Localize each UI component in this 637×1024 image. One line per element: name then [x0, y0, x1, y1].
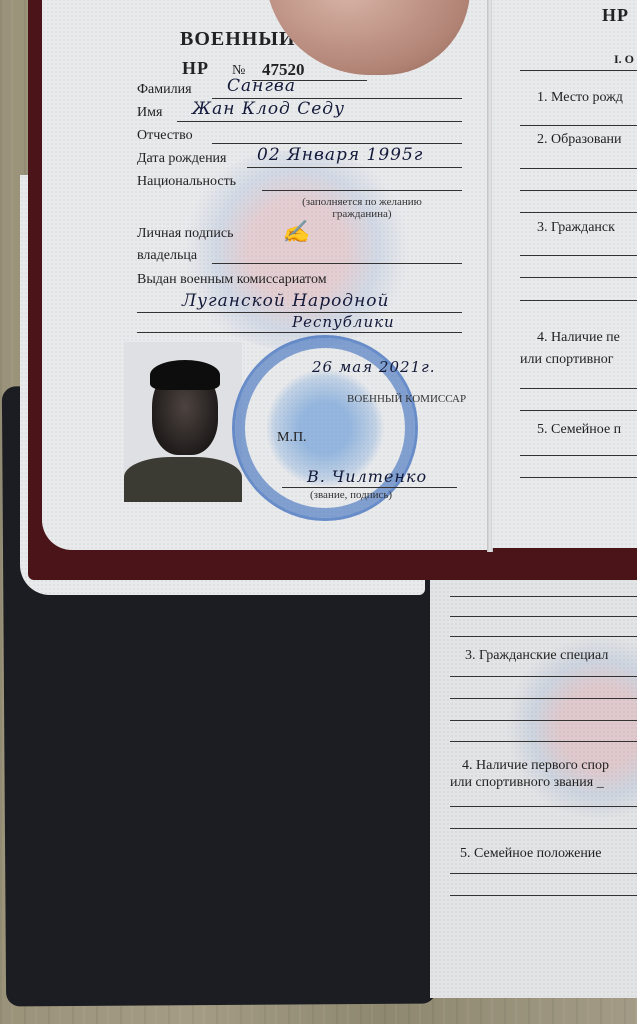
right-page-header: НР [602, 5, 629, 26]
nationality-label: Национальность [137, 174, 236, 190]
name-value: Жан Клод Седу [192, 99, 345, 119]
commissar-label: ВОЕННЫЙ КОМИССАР [347, 393, 466, 405]
section-title: I. О [614, 52, 634, 67]
item-1: 1. Место рожд [537, 90, 623, 106]
issued-by-2: Республики [292, 313, 395, 331]
commissar-signature: В. Чилтенко [307, 467, 427, 486]
item-5: 5. Семейное положение [460, 846, 602, 862]
item-4-cont: или спортивног [520, 352, 613, 368]
series-label: НР [182, 58, 209, 79]
issued-by-1: Луганской Народной [182, 291, 389, 311]
nationality-note: (заполняется по желанию гражданина) [282, 196, 442, 220]
signature-label: Личная подпись [137, 226, 233, 242]
item-4-cont: или спортивного звания _ [450, 775, 604, 791]
signature-label-2: владельца [137, 248, 197, 264]
emblem-watermark [500, 638, 637, 818]
item-4: 4. Наличие пе [537, 330, 620, 346]
surname-label: Фамилия [137, 82, 192, 98]
lower-booklet-right-page: 3. Гражданские специал 4. Наличие первог… [430, 578, 637, 998]
birthdate-value: 02 Января 1995г [257, 145, 423, 165]
birthdate-label: Дата рождения [137, 151, 227, 167]
item-2: 2. Образовани [537, 132, 622, 148]
item-4: 4. Наличие первого спор [462, 758, 609, 774]
issue-date: 26 мая 2021г. [312, 358, 435, 376]
surname-value: Сангва [227, 76, 296, 96]
issued-label: Выдан военным комиссариатом [137, 272, 327, 288]
rank-note: (звание, подпись) [310, 489, 392, 501]
document-title: ВОЕННЫЙ [180, 28, 296, 51]
item-5: 5. Семейное п [537, 422, 621, 438]
upper-booklet-left-page: ВОЕННЫЙ НР № 47520 Фамилия Сангва Имя Жа… [42, 0, 487, 550]
patronymic-label: Отчество [137, 128, 193, 144]
upper-booklet-right-page: НР I. О 1. Место рожд 2. Образовани 3. Г… [492, 0, 637, 548]
item-3: 3. Гражданск [537, 220, 615, 236]
owner-signature: ✍ [282, 220, 310, 245]
seal-label: М.П. [277, 430, 307, 446]
name-label: Имя [137, 105, 162, 121]
item-3: 3. Гражданские специал [465, 648, 608, 664]
photo-portrait [124, 342, 242, 502]
